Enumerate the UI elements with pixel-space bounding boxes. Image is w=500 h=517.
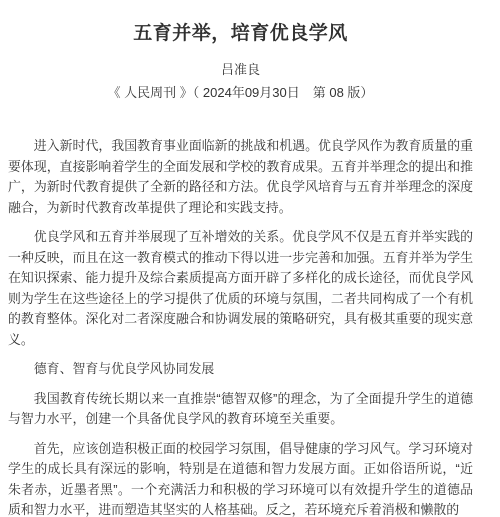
- article-author: 吕准良: [8, 63, 473, 76]
- paragraph-intro: 进入新时代，我国教育事业面临新的挑战和机遇。优良学风作为教育质量的重要体现，直接…: [8, 136, 473, 218]
- paragraph-first-point: 首先，应该创造积极正面的校园学习氛围，倡导健康的学习风气。学习环境对学生的成长具…: [8, 439, 473, 517]
- paragraph-relationship: 优良学风和五育并举展现了互补增效的关系。优良学风不仅是五育并举实践的一种反映，而…: [8, 227, 473, 350]
- article-source-line: 《 人民周刊 》（ 2024年09月30日 第 08 版）: [8, 86, 473, 100]
- article-title: 五育并举，培育优良学风: [8, 23, 473, 44]
- section-heading: 德育、智育与优良学风协同发展: [8, 359, 473, 380]
- article-page: 五育并举，培育优良学风 吕准良 《 人民周刊 》（ 2024年09月30日 第 …: [0, 0, 500, 517]
- paragraph-tradition: 我国教育传统长期以来一直推崇“德智双修”的理念，为了全面提升学生的道德与智力水平…: [8, 389, 473, 430]
- article-body: 进入新时代，我国教育事业面临新的挑战和机遇。优良学风作为教育质量的重要体现，直接…: [8, 136, 473, 517]
